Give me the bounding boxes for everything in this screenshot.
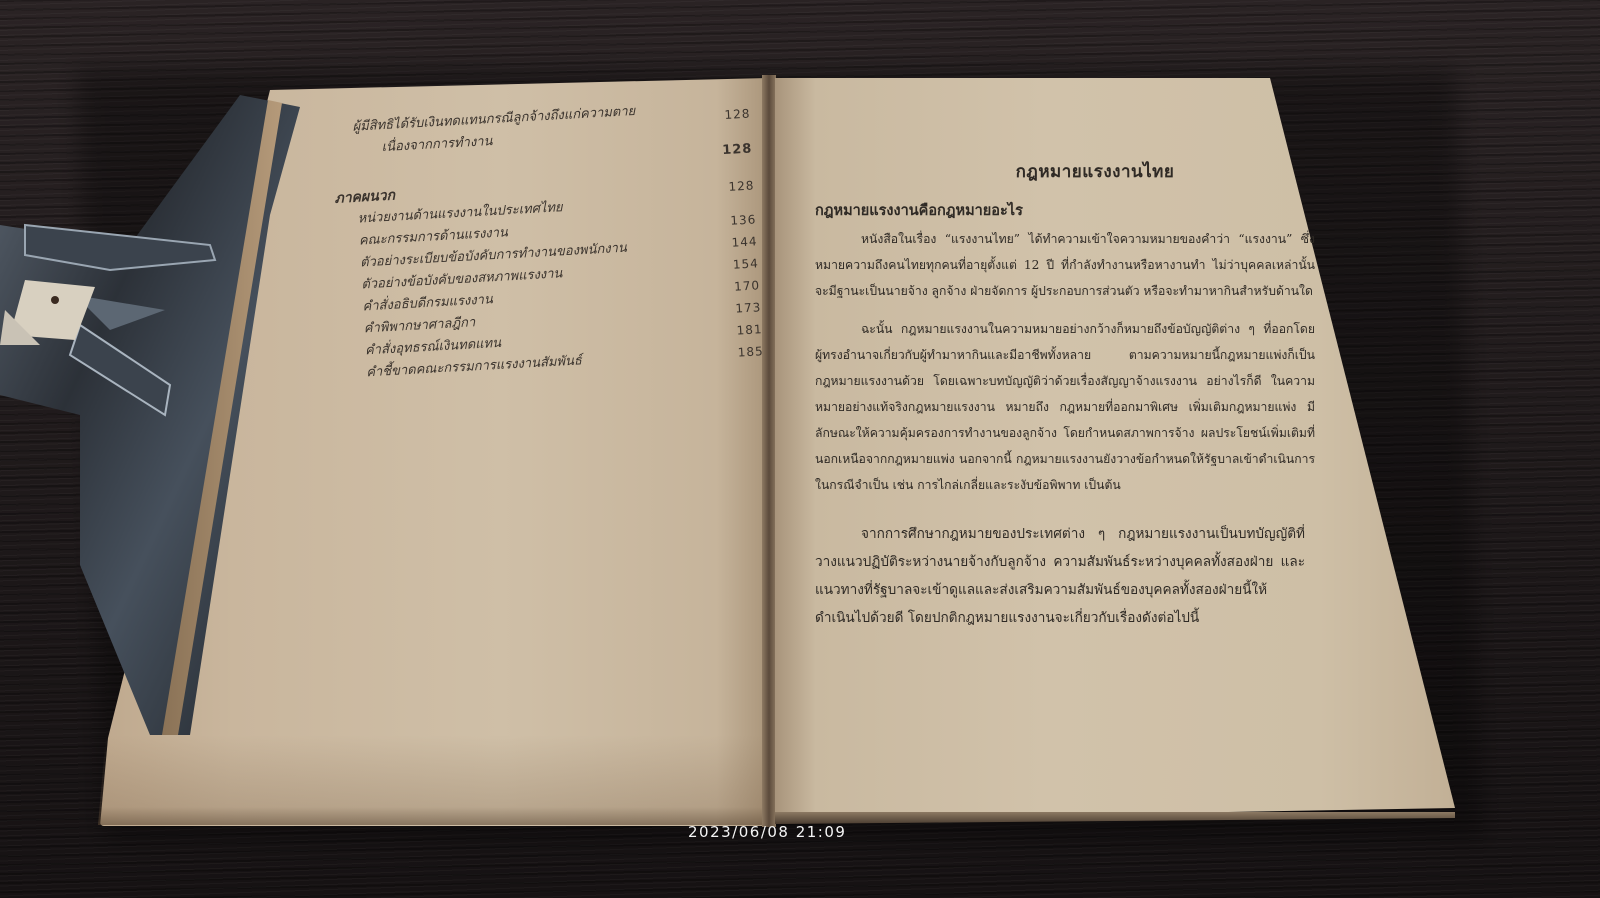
toc-page-number: 128 [722,138,753,162]
toc-page-number: 181 [736,318,763,341]
toc-page-number: 128 [724,103,751,126]
paragraph: ฉะนั้น กฎหมายแรงงานในความหมายอย่างกว้างก… [815,316,1315,498]
toc-page-number: 185 [737,340,764,363]
toc-page-number: 144 [731,230,758,253]
table-of-contents: ผู้มีสิทธิได้รับเงินทดแทนกรณีลูกจ้างถึงแ… [330,95,764,386]
section-title: กฎหมายแรงงานคือกฎหมายอะไร [815,199,1315,222]
paragraph: หนังสือในเรื่อง “แรงงานไทย” ได้ทำความเข้… [815,226,1315,304]
toc-page-number: 154 [732,252,759,275]
right-page-content: กฎหมายแรงงานไทย กฎหมายแรงงานคือกฎหมายอะไ… [815,158,1315,644]
photo-scene: ผู้มีสิทธิได้รับเงินทดแทนกรณีลูกจ้างถึงแ… [0,0,1600,898]
paragraph: จากการศึกษากฎหมายของประเทศต่าง ๆ กฎหมายแ… [815,520,1305,632]
book-gutter [762,75,776,827]
toc-page-number: 173 [735,296,762,319]
chapter-title: กฎหมายแรงงานไทย [815,158,1315,185]
photo-timestamp: 2023/06/08 21:09 [688,823,846,841]
toc-page-number: 128 [728,174,755,197]
toc-page-number: 170 [734,274,761,297]
toc-page-number: 136 [730,208,757,231]
